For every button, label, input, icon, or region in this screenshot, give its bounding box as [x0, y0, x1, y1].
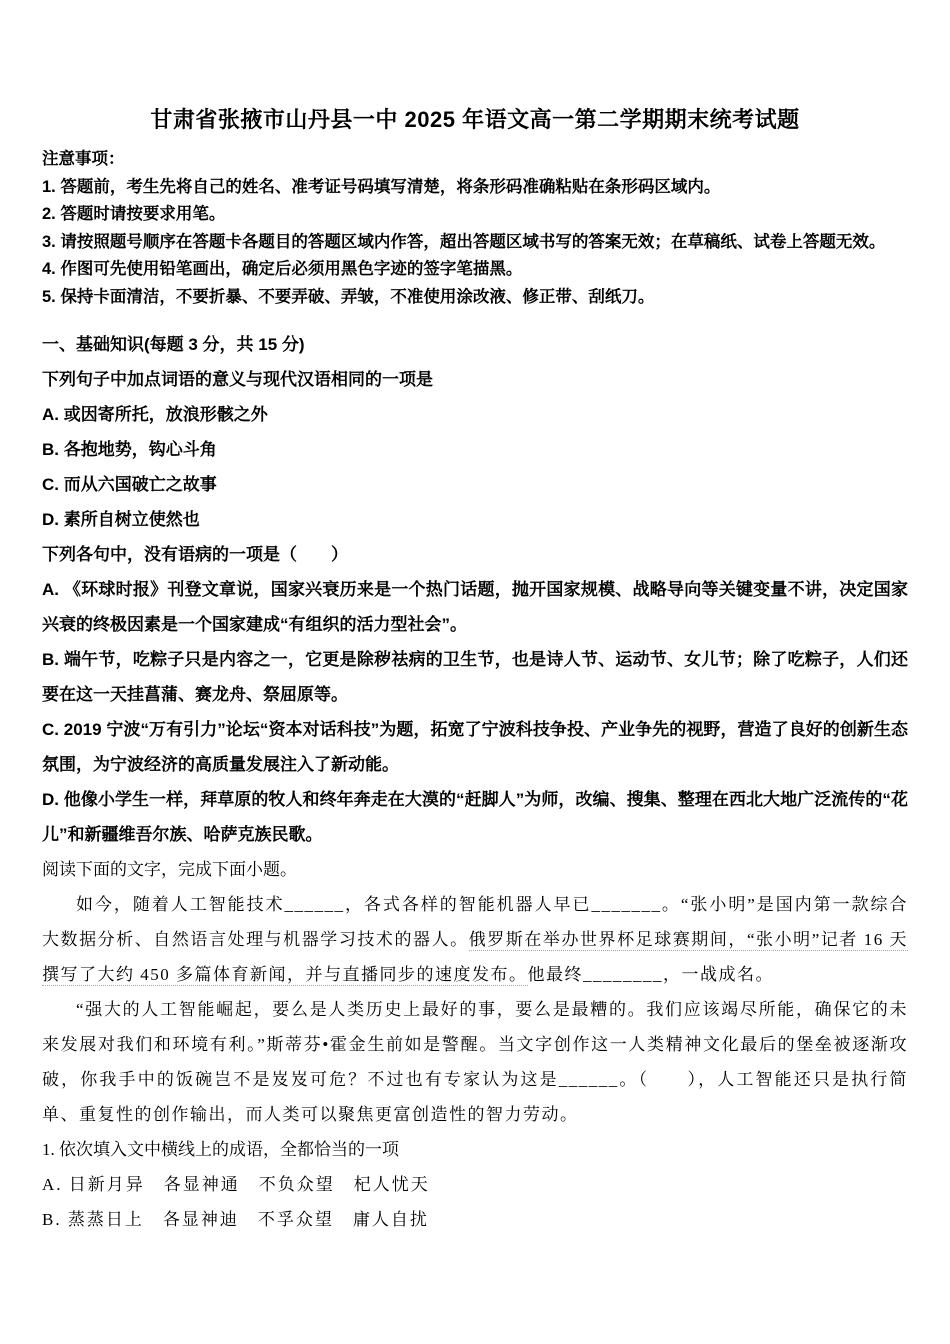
reading-instruction: 阅读下面的文字，完成下面小题。: [42, 852, 908, 887]
notice-item-4: 4. 作图可先使用铅笔画出，确定后必须用黑色字迹的签字笔描黑。: [42, 256, 908, 284]
q2-option-a: A. 《环球时报》刊登文章说，国家兴衰历来是一个热门话题，抛开国家规模、战略导向…: [42, 572, 908, 642]
q2-option-b: B. 端午节，吃粽子只是内容之一，它更是除秽祛病的卫生节，也是诗人节、运动节、女…: [42, 642, 908, 712]
q1-option-b: B. 各抱地势，钩心斗角: [42, 432, 908, 467]
notice-item-5: 5. 保持卡面清洁，不要折暴、不要弄破、弄皱，不准使用涂改液、修正带、刮纸刀。: [42, 284, 908, 312]
passage-p1-tail: 他最终________，一战成名。: [528, 965, 775, 984]
notice-item-1: 1. 答题前，考生先将自己的姓名、准考证号码填写清楚，将条形码准确粘贴在条形码区…: [42, 174, 908, 202]
q2-option-c: C. 2019 宁波“万有引力”论坛“资本对话科技”为题，拓宽了宁波科技争投、产…: [42, 712, 908, 782]
passage-paragraph-1: 如今，随着人工智能技术______，各式各样的智能机器人早已_______。“张…: [42, 887, 908, 992]
q1-option-d: D. 素所自树立使然也: [42, 502, 908, 537]
q2-stem: 下列各句中，没有语病的一项是（ ）: [42, 537, 908, 572]
q3-option-b: B. 蒸蒸日上 各显神迪 不孚众望 庸人自扰: [42, 1202, 908, 1237]
q2-option-d: D. 他像小学生一样，拜草原的牧人和终年奔走在大漠的“赶脚人”为师，改编、搜集、…: [42, 782, 908, 852]
exam-title: 甘肃省张掖市山丹县一中 2025 年语文高一第二学期期末统考试题: [42, 104, 908, 136]
notice-section: 注意事项： 1. 答题前，考生先将自己的姓名、准考证号码填写清楚，将条形码准确粘…: [42, 146, 908, 311]
section-heading: 一、基础知识(每题 3 分，共 15 分): [42, 327, 908, 362]
passage-paragraph-2: “强大的人工智能崛起，要么是人类历史上最好的事，要么是最糟的。我们应该竭尽所能，…: [42, 992, 908, 1132]
q1-option-c: C. 而从六国破亡之故事: [42, 467, 908, 502]
q1-option-a: A. 或因寄所托，放浪形骸之外: [42, 397, 908, 432]
notice-item-2: 2. 答题时请按要求用笔。: [42, 201, 908, 229]
q3-stem: 1. 依次填入文中横线上的成语，全都恰当的一项: [42, 1132, 908, 1167]
notice-item-3: 3. 请按照题号顺序在答题卡各题目的答题区域内作答，超出答题区域书写的答案无效；…: [42, 229, 908, 257]
q1-stem: 下列句子中加点词语的意义与现代汉语相同的一项是: [42, 362, 908, 397]
notice-heading: 注意事项：: [42, 146, 908, 174]
q3-option-a: A. 日新月异 各显神通 不负众望 杞人忧天: [42, 1167, 908, 1202]
exam-document-page: 甘肃省张掖市山丹县一中 2025 年语文高一第二学期期末统考试题 注意事项： 1…: [0, 0, 950, 1344]
